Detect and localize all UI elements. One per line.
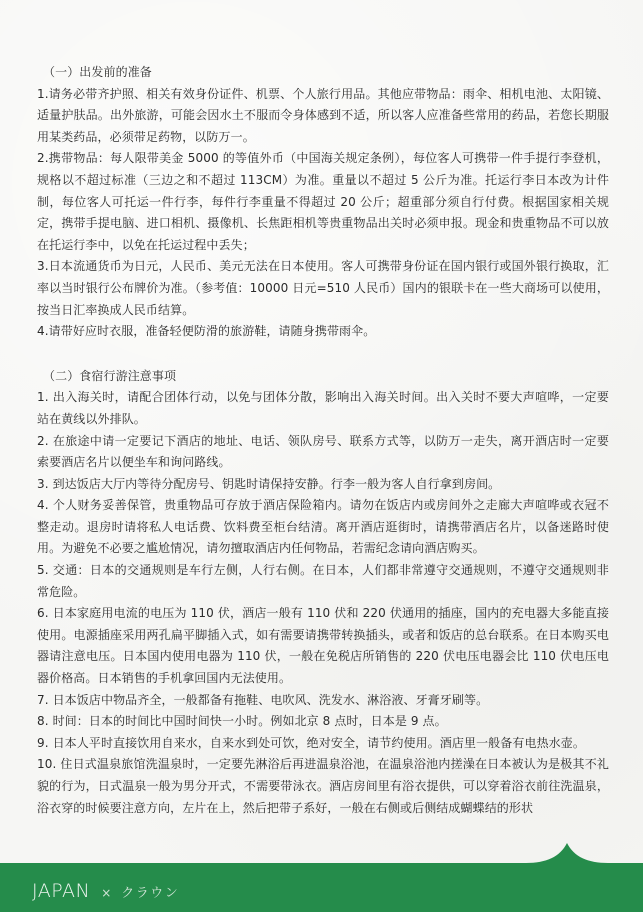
document-page: （一）出发前的准备 1.请务必带齐护照、相关有效身份证件、机票、个人旅行用品。其… bbox=[0, 0, 643, 912]
footer-brand: JAPAN × クラウン bbox=[32, 880, 179, 902]
paragraph: 7. 日本饭店中物品齐全，一般都备有拖鞋、电吹风、洗发水、淋浴液、牙膏牙刷等。 bbox=[37, 690, 609, 712]
document-body: （一）出发前的准备 1.请务必带齐护照、相关有效身份证件、机票、个人旅行用品。其… bbox=[37, 62, 609, 819]
paragraph: 4.请带好应时衣服，准备轻便防滑的旅游鞋，请随身携带雨伞。 bbox=[37, 321, 609, 343]
footer-peak-ornament bbox=[526, 843, 608, 864]
paragraph: 3. 到达饭店大厅内等待分配房号、钥匙时请保持安静。行李一般为客人自行拿到房间。 bbox=[37, 474, 609, 496]
section-heading: （二）食宿行游注意事项 bbox=[43, 366, 609, 388]
paragraph: 3.日本流通货币为日元，人民币、美元无法在日本使用。客人可携带身份证在国内银行或… bbox=[37, 256, 609, 321]
paragraph: 8. 时间：日本的时间比中国时间快一小时。例如北京 8 点时，日本是 9 点。 bbox=[37, 711, 609, 733]
paragraph: 1. 出入海关时，请配合团体行动，以免与团体分散，影响出入海关时间。出入关时不要… bbox=[37, 387, 609, 430]
paragraph: 9. 日本人平时直接饮用自来水，自来水到处可饮，绝对安全，请节约使用。酒店里一般… bbox=[37, 733, 609, 755]
paragraph: 6. 日本家庭用电流的电压为 110 伏，酒店一般有 110 伏和 220 伏通… bbox=[37, 603, 609, 689]
paragraph: 5. 交通：日本的交通规则是车行左侧，人行右侧。在日本，人们都非常遵守交通规则，… bbox=[37, 560, 609, 603]
brand-subtitle: クラウン bbox=[121, 882, 179, 901]
brand-title: JAPAN bbox=[32, 880, 90, 902]
paragraph: 10. 住日式温泉旅馆洗温泉时，一定要先淋浴后再进温泉浴池，在温泉浴池内搓澡在日… bbox=[37, 754, 609, 819]
paragraph: 4. 个人财务妥善保管，贵重物品可存放于酒店保险箱内。请勿在饭店内或房间外之走廊… bbox=[37, 495, 609, 560]
brand-separator: × bbox=[101, 886, 111, 900]
paragraph: 2. 在旅途中请一定要记下酒店的地址、电话、领队房号、联系方式等，以防万一走失，… bbox=[37, 431, 609, 474]
paragraph: 2.携带物品：每人限带美金 5000 的等值外币（中国海关规定条例），每位客人可… bbox=[37, 148, 609, 256]
paragraph: 1.请务必带齐护照、相关有效身份证件、机票、个人旅行用品。其他应带物品：雨伞、相… bbox=[37, 84, 609, 149]
section-spacer bbox=[37, 343, 609, 366]
section-heading: （一）出发前的准备 bbox=[43, 62, 609, 84]
section-departure-preparation: （一）出发前的准备 1.请务必带齐护照、相关有效身份证件、机票、个人旅行用品。其… bbox=[37, 62, 609, 343]
section-travel-notes: （二）食宿行游注意事项 1. 出入海关时，请配合团体行动，以免与团体分散，影响出… bbox=[37, 366, 609, 819]
